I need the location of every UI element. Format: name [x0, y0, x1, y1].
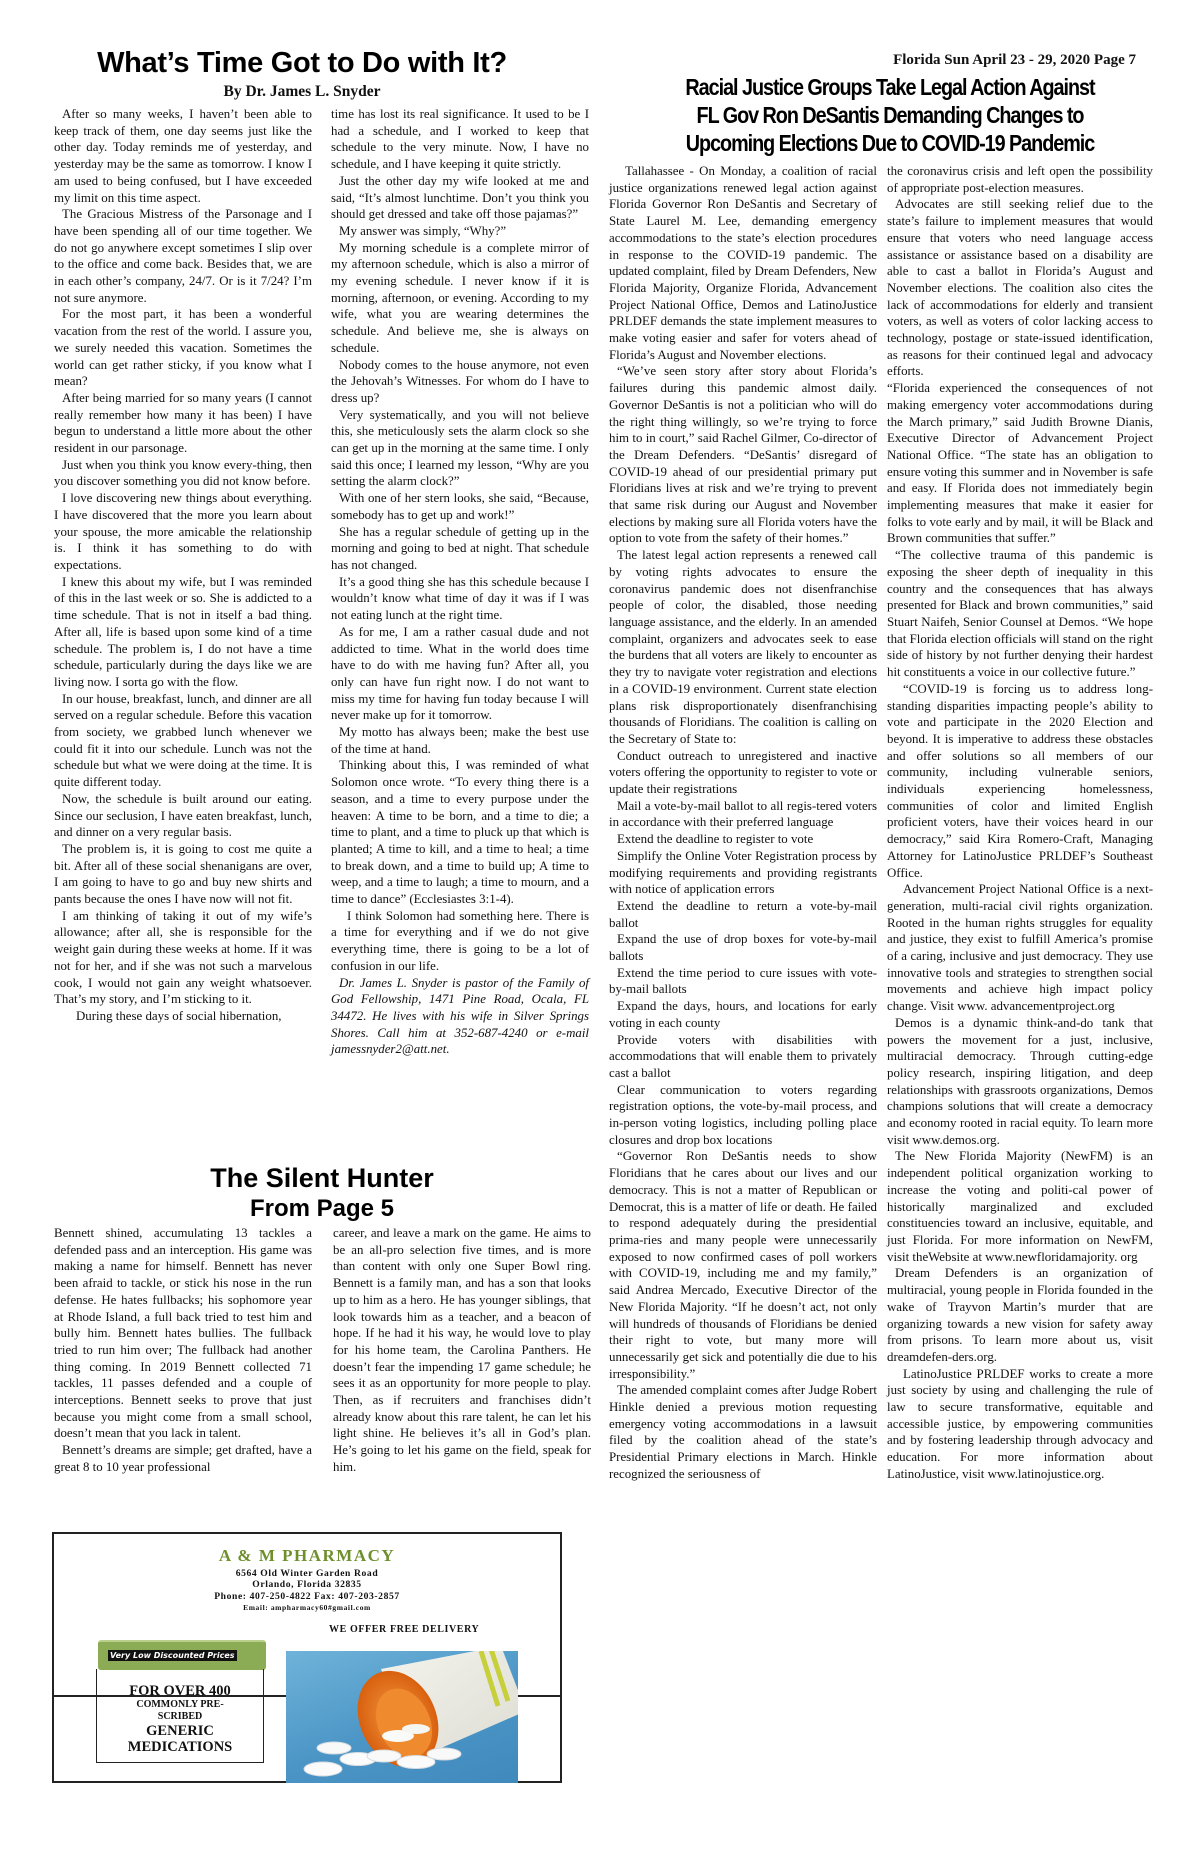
paragraph: LatinoJustice PRLDEF works to create a m… — [887, 1366, 1153, 1483]
newspaper-page: Florida Sun April 23 - 29, 2020 Page 7 W… — [0, 0, 1200, 1855]
paragraph: career, and leave a mark on the game. He… — [333, 1225, 591, 1476]
paragraph: “COVID-19 is forcing us to address long-… — [887, 681, 1153, 881]
paragraph: As for me, I am a rather casual dude and… — [331, 624, 589, 724]
paragraph: It’s a good thing she has this schedule … — [331, 574, 589, 624]
paragraph: The problem is, it is going to cost me q… — [54, 841, 312, 908]
paragraph: She has a regular schedule of getting up… — [331, 524, 589, 574]
paragraph: “Florida experienced the consequences of… — [887, 380, 1153, 547]
article-column-hunter-1: Bennett shined, accumulating 13 tackles … — [54, 1225, 312, 1476]
demand-item: Extend the deadline to return a vote-by-… — [609, 898, 877, 931]
demand-item: Expand the use of drop boxes for vote-by… — [609, 931, 877, 964]
paragraph: Tallahassee - On Monday, a coalition of … — [609, 163, 877, 363]
title-line: Upcoming Elections Due to COVID-19 Pande… — [658, 129, 1122, 157]
article-column-time-2: time has lost its real significance. It … — [331, 106, 589, 1058]
paragraph: After being married for so many years (I… — [54, 390, 312, 457]
page-masthead: Florida Sun April 23 - 29, 2020 Page 7 — [830, 52, 1136, 69]
paragraph: the coronavirus crisis and left open the… — [887, 163, 1153, 196]
discount-banner: Very Low Discounted Prices — [98, 1640, 266, 1670]
pharmacy-address-line2: Orlando, Florida 32835 — [54, 1579, 560, 1590]
paragraph: The amended complaint comes after Judge … — [609, 1382, 877, 1482]
pharmacy-phone-fax: Phone: 407-250-4822 Fax: 407-203-2857 — [54, 1591, 560, 1602]
discount-banner-text: Very Low Discounted Prices — [108, 1650, 237, 1661]
pharmacy-name: A & M PHARMACY — [54, 1546, 560, 1566]
article-title-hunter: The Silent Hunter — [52, 1163, 592, 1194]
paragraph: I think Solomon had something here. Ther… — [331, 908, 589, 975]
paragraph: “The collective trauma of this pandemic … — [887, 547, 1153, 681]
paragraph: My motto has always been; make the best … — [331, 724, 589, 757]
paragraph: Just when you think you know every-thing… — [54, 457, 312, 490]
title-line: Racial Justice Groups Take Legal Action … — [658, 73, 1122, 101]
paragraph: The latest legal action represents a ren… — [609, 547, 877, 747]
paragraph: My answer was simply, “Why?” — [331, 223, 589, 240]
article-column-racial-2: the coronavirus crisis and left open the… — [887, 163, 1153, 1483]
article-continuation-label: From Page 5 — [52, 1194, 592, 1223]
paragraph: Thinking about this, I was reminded of w… — [331, 757, 589, 907]
demand-item: Provide voters with disabilities with ac… — [609, 1032, 877, 1082]
paragraph: I am thinking of taking it out of my wif… — [54, 908, 312, 1008]
article-title-racial-justice: Racial Justice Groups Take Legal Action … — [658, 73, 1122, 157]
article-title-time: What’s Time Got to Do with It? — [52, 46, 552, 80]
paragraph: After so many weeks, I haven’t been able… — [54, 106, 312, 206]
pharmacy-address-line1: 6564 Old Winter Garden Road — [54, 1568, 560, 1579]
offer-line: FOR OVER 400 — [97, 1683, 263, 1699]
paragraph: Bennett’s dreams are simple; get drafted… — [54, 1442, 312, 1475]
paragraph: For the most part, it has been a wonderf… — [54, 306, 312, 390]
article-byline: By Dr. James L. Snyder — [52, 83, 552, 101]
paragraph: Nobody comes to the house anymore, not e… — [331, 357, 589, 407]
paragraph: time has lost its real significance. It … — [331, 106, 589, 173]
paragraph: The New Florida Majority (NewFM) is an i… — [887, 1148, 1153, 1265]
paragraph: I love discovering new things about ever… — [54, 490, 312, 574]
paragraph: Bennett shined, accumulating 13 tackles … — [54, 1225, 312, 1442]
article-column-time-1: After so many weeks, I haven’t been able… — [54, 106, 312, 1025]
article-column-racial-1: Tallahassee - On Monday, a coalition of … — [609, 163, 877, 1483]
demand-item: Extend the time period to cure issues wi… — [609, 965, 877, 998]
offer-line: MEDICATIONS — [97, 1739, 263, 1755]
paragraph: During these days of social hibernation, — [54, 1008, 312, 1025]
pill-bottle-icon — [286, 1651, 518, 1783]
demand-item: Simplify the Online Voter Registration p… — [609, 848, 877, 898]
generic-medications-box: FOR OVER 400 COMMONLY PRE- SCRIBED GENER… — [96, 1669, 264, 1763]
paragraph: Just the other day my wife looked at me … — [331, 173, 589, 223]
paragraph: The Gracious Mistress of the Parsonage a… — [54, 206, 312, 306]
paragraph: Advancement Project National Office is a… — [887, 881, 1153, 1015]
paragraph: My morning schedule is a complete mirror… — [331, 240, 589, 357]
offer-line: SCRIBED — [97, 1711, 263, 1723]
demand-item: Expand the days, hours, and locations fo… — [609, 998, 877, 1031]
pharmacy-email: Email: ampharmacy60#gmail.com — [54, 1602, 560, 1613]
offer-line: GENERIC — [97, 1723, 263, 1739]
paragraph: Dream Defenders is an organization of mu… — [887, 1265, 1153, 1365]
demand-item: Mail a vote-by-mail ballot to all regis-… — [609, 798, 877, 831]
pill-bottle-image — [286, 1651, 518, 1783]
paragraph: With one of her stern looks, she said, “… — [331, 490, 589, 523]
paragraph: Very systematically, and you will not be… — [331, 407, 589, 491]
free-delivery-label: WE OFFER FREE DELIVERY — [329, 1624, 479, 1635]
paragraph: Advocates are still seeking relief due t… — [887, 196, 1153, 380]
article-column-hunter-2: career, and leave a mark on the game. He… — [333, 1225, 591, 1476]
paragraph: “We’ve seen story after story about Flor… — [609, 363, 877, 547]
author-bio: Dr. James L. Snyder is pastor of the Fam… — [331, 975, 589, 1059]
paragraph: In our house, breakfast, lunch, and dinn… — [54, 691, 312, 791]
demand-item: Clear communication to voters regarding … — [609, 1082, 877, 1149]
paragraph: Now, the schedule is built around our ea… — [54, 791, 312, 841]
offer-line: COMMONLY PRE- — [97, 1699, 263, 1711]
paragraph: Demos is a dynamic think-and-do tank tha… — [887, 1015, 1153, 1149]
demand-item: Conduct outreach to unregistered and ina… — [609, 748, 877, 798]
paragraph: “Governor Ron DeSantis needs to show Flo… — [609, 1148, 877, 1382]
demand-item: Extend the deadline to register to vote — [609, 831, 877, 848]
paragraph: I knew this about my wife, but I was rem… — [54, 574, 312, 691]
title-line: FL Gov Ron DeSantis Demanding Changes to — [658, 101, 1122, 129]
